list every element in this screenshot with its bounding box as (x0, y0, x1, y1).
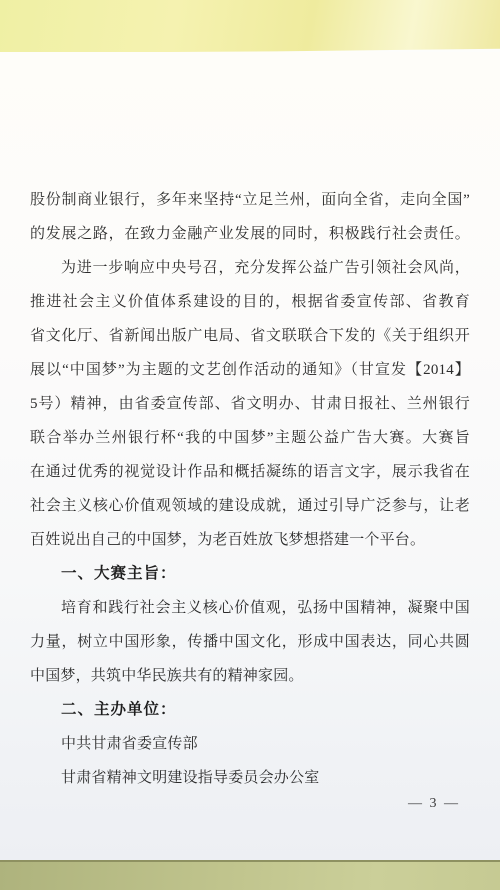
body-line: 百姓说出自己的中国梦，为老百姓放飞梦想搭建一个平台。 (30, 523, 470, 557)
body-line: 的发展之路，在致力金融产业发展的同时，积极践行社会责任。 (30, 217, 470, 251)
photo-background-top (0, 0, 500, 53)
body-line: 5号）精神，由省委宣传部、省文明办、甘肃日报社、兰州银行 (30, 387, 470, 421)
section-heading-organizers: 二、主办单位： (30, 693, 470, 727)
paper-sheet: 股份制商业银行，多年来坚持“立足兰州，面向全省，走向全国” 的发展之路，在致力金… (0, 52, 500, 860)
photo-background-bottom (0, 860, 500, 890)
body-line: 培育和践行社会主义核心价值观，弘扬中国精神，凝聚中国 (30, 591, 470, 625)
body-line: 展以“中国梦”为主题的文艺创作活动的通知》（甘宣发【2014】 (30, 353, 470, 387)
body-line: 联合举办兰州银行杯“我的中国梦”主题公益广告大赛。大赛旨 (30, 421, 470, 455)
body-line: 力量，树立中国形象，传播中国文化，形成中国表达，同心共圆 (30, 625, 470, 659)
page-number: — 3 — (408, 796, 460, 812)
body-line: 在通过优秀的视觉设计作品和概括凝练的语言文字，展示我省在 (30, 455, 470, 489)
body-line: 省文化厅、省新闻出版广电局、省文联联合下发的《关于组织开 (30, 319, 470, 353)
section-heading-contest-purpose: 一、大赛主旨： (30, 557, 470, 591)
scanned-document-photo: 股份制商业银行，多年来坚持“立足兰州，面向全省，走向全国” 的发展之路，在致力金… (0, 0, 500, 890)
organizer-line: 甘肃省精神文明建设指导委员会办公室 (30, 761, 470, 795)
body-line: 股份制商业银行，多年来坚持“立足兰州，面向全省，走向全国” (30, 183, 470, 217)
body-line: 为进一步响应中央号召，充分发挥公益广告引领社会风尚， (30, 251, 470, 285)
body-line: 推进社会主义价值体系建设的目的，根据省委宣传部、省教育厅、 (30, 285, 470, 319)
body-line: 社会主义核心价值观领域的建设成就，通过引导广泛参与，让老 (30, 489, 470, 523)
organizer-line: 中共甘肃省委宣传部 (30, 727, 470, 761)
body-line: 中国梦，共筑中华民族共有的精神家园。 (30, 659, 470, 693)
document-body: 股份制商业银行，多年来坚持“立足兰州，面向全省，走向全国” 的发展之路，在致力金… (30, 183, 470, 795)
